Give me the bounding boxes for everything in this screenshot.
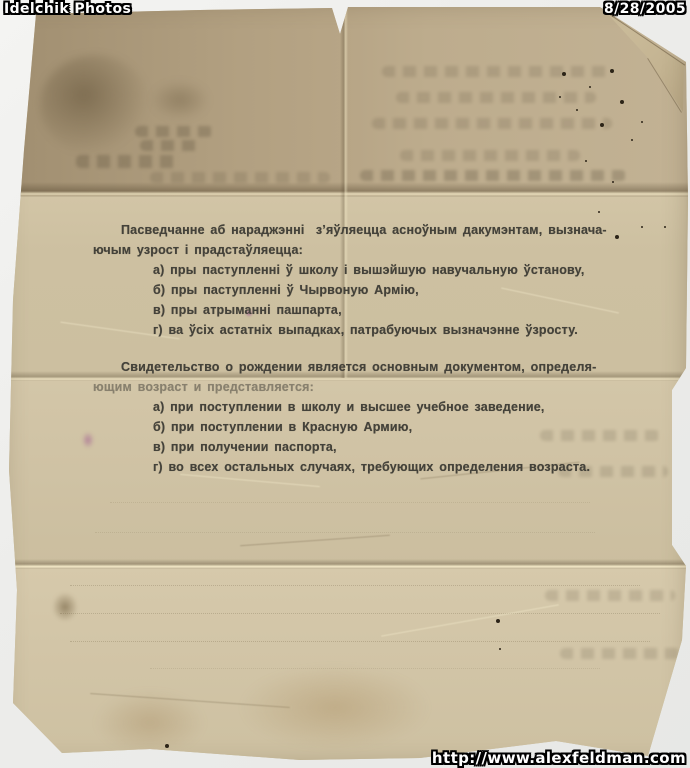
website-url-watermark: http://www.alexfeldman.com	[432, 749, 686, 767]
gallery-title-watermark: Idelchik Photos	[4, 1, 131, 17]
belarusian-item-a: а) пры паступленні ў школу і вышэйшую на…	[93, 260, 621, 280]
russian-intro-line-2: ющим возраст и представляется:	[93, 377, 621, 397]
belarusian-paragraph: Пасведчанне аб нараджэнні з’яўляецца асн…	[93, 220, 621, 340]
belarusian-intro-line-1: Пасведчанне аб нараджэнні з’яўляецца асн…	[93, 220, 621, 240]
russian-item-b: б) при поступлении в Красную Армию,	[93, 417, 621, 437]
ink-speckles	[0, 0, 2, 2]
russian-item-g: г) во всех остальных случаях, требующих …	[93, 457, 621, 477]
document-scan-paper: Пасведчанне аб нараджэнні з’яўляецца асн…	[0, 0, 690, 768]
belarusian-item-b: б) пры паступленні ў Чырвоную Армію,	[93, 280, 621, 300]
belarusian-intro-line-2: ючым узрост і прадстаўляецца:	[93, 240, 621, 260]
scanned-photo-page: Пасведчанне аб нараджэнні з’яўляецца асн…	[0, 0, 690, 768]
belarusian-item-g: г) ва ўсіх астатніх выпадках, патрабуючы…	[93, 320, 621, 340]
russian-item-v: в) при получении паспорта,	[93, 437, 621, 457]
belarusian-item-v: в) пры атрыманні пашпарта,	[93, 300, 621, 320]
russian-intro-line-1: Свидетельство о рождении является основн…	[93, 357, 621, 377]
russian-paragraph: Свидетельство о рождении является основн…	[93, 357, 621, 477]
russian-item-a: а) при поступлении в школу и высшее учеб…	[93, 397, 621, 417]
printed-text-block: Пасведчанне аб нараджэнні з’яўляецца асн…	[93, 220, 621, 477]
photo-date-watermark: 8/28/2005	[604, 1, 686, 17]
